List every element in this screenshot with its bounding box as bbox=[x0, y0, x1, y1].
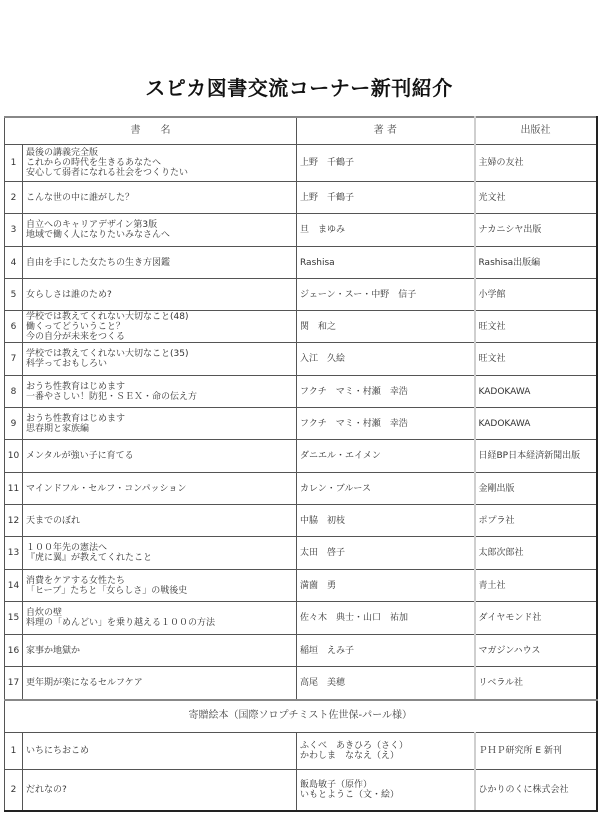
row-number: 16 bbox=[5, 635, 23, 667]
book-title-line: これからの時代を生きるあなたへ bbox=[26, 158, 293, 168]
book-author: フクチ マミ・村瀬 幸浩 bbox=[297, 408, 475, 440]
book-title: 学校では教えてくれない大切なこと(48)働くってどういうこと？今の自分が未来をつ… bbox=[23, 311, 297, 343]
book-title-line: 更年期が楽になるセルフケア bbox=[26, 678, 293, 688]
header-author: 著 者 bbox=[297, 117, 475, 145]
book-title: いちにちおこめ bbox=[23, 732, 297, 769]
book-author: 中脇 初枝 bbox=[297, 505, 475, 537]
row-number: 1 bbox=[5, 145, 23, 182]
book-publisher: ダイヤモンド社 bbox=[475, 602, 597, 635]
book-author-line: 旦 まゆみ bbox=[300, 225, 471, 235]
book-title-line: 『虎に翼』が教えてくれたこと bbox=[26, 553, 293, 563]
table-row: 10メンタルが強い子に育てるダニエル・エイメン日経BP日本経済新聞出版 bbox=[5, 440, 597, 473]
book-title-line: 最後の講義完全版 bbox=[26, 148, 293, 158]
book-author: ジェーン・スー・中野 信子 bbox=[297, 279, 475, 311]
book-author-line: カレン・ブルース bbox=[300, 484, 471, 494]
book-author-line: Rashisa bbox=[300, 258, 471, 268]
book-title-line: 自由を手にした女たちの生き方図鑑 bbox=[26, 258, 293, 268]
book-author-line: 上野 千鶴子 bbox=[300, 158, 471, 168]
book-title-line: 地域で働く人になりたいみなさんへ bbox=[26, 230, 293, 240]
table-header-row: 書 名 著 者 出版社 bbox=[5, 117, 597, 145]
book-title: 家事か地獄か bbox=[23, 635, 297, 667]
book-publisher: 主婦の友社 bbox=[475, 145, 597, 182]
book-title-line: 一番やさしい！防犯・ＳＥＸ・命の伝え方 bbox=[26, 392, 293, 402]
book-title: マインドフル・セルフ・コンパッション bbox=[23, 473, 297, 505]
book-author-line: 満薗 勇 bbox=[300, 581, 471, 591]
table-row: 3自立へのキャリアデザイン第3版地域で働く人になりたいみなさんへ旦 まゆみナカニ… bbox=[5, 214, 597, 247]
book-title-line: いちにちおこめ bbox=[26, 746, 293, 756]
book-title: 自炊の壁料理の「めんどい」を乗り越える１００の方法 bbox=[23, 602, 297, 635]
book-author: 飯島敏子（原作）いもとようこ（文・絵） bbox=[297, 769, 475, 811]
book-author: ふくべ あきひろ（さく）かわしま ななえ（え） bbox=[297, 732, 475, 769]
book-title-line: 自立へのキャリアデザイン第3版 bbox=[26, 220, 293, 230]
table-row: 1最後の講義完全版これからの時代を生きるあなたへ安心して弱者になれる社会をつくり… bbox=[5, 145, 597, 182]
table-row: 13１００年先の憲法へ『虎に翼』が教えてくれたこと太田 啓子太郎次郎社 bbox=[5, 537, 597, 570]
table-row: 11マインドフル・セルフ・コンパッションカレン・ブルース金剛出版 bbox=[5, 473, 597, 505]
table-row: 15自炊の壁料理の「めんどい」を乗り越える１００の方法佐々木 典士・山口 祐加ダ… bbox=[5, 602, 597, 635]
book-title-line: おうち性教育はじめます bbox=[26, 382, 293, 392]
book-author-line: ダニエル・エイメン bbox=[300, 451, 471, 461]
row-number: 4 bbox=[5, 247, 23, 279]
page-title: スピカ図書交流コーナー新刊紹介 bbox=[0, 72, 598, 101]
book-title: おうち性教育はじめます一番やさしい！防犯・ＳＥＸ・命の伝え方 bbox=[23, 376, 297, 408]
row-number: 9 bbox=[5, 408, 23, 440]
book-title: 自由を手にした女たちの生き方図鑑 bbox=[23, 247, 297, 279]
table-row: 2こんな世の中に誰がした？上野 千鶴子光文社 bbox=[5, 182, 597, 214]
book-author: 関 和之 bbox=[297, 311, 475, 343]
book-publisher: 金剛出版 bbox=[475, 473, 597, 505]
book-title-line: 料理の「めんどい」を乗り越える１００の方法 bbox=[26, 618, 293, 628]
book-title-line: 学校では教えてくれない大切なこと(35) bbox=[26, 349, 293, 359]
book-publisher: ＰＨＰ研究所 E 新刊 bbox=[475, 732, 597, 769]
book-title-line: 科学っておもしろい bbox=[26, 359, 293, 369]
row-number: 13 bbox=[5, 537, 23, 570]
book-publisher: ひかりのくに株式会社 bbox=[475, 769, 597, 811]
book-publisher: 太郎次郎社 bbox=[475, 537, 597, 570]
book-author-line: 太田 啓子 bbox=[300, 548, 471, 558]
book-author-line: 高尾 美穂 bbox=[300, 678, 471, 688]
book-author-line: 上野 千鶴子 bbox=[300, 193, 471, 203]
book-author-line: ジェーン・スー・中野 信子 bbox=[300, 290, 471, 300]
book-publisher: リベラル社 bbox=[475, 667, 597, 700]
table-row: 4自由を手にした女たちの生き方図鑑RashisaRashisa出版編 bbox=[5, 247, 597, 279]
book-publisher: KADOKAWA bbox=[475, 408, 597, 440]
row-number: 6 bbox=[5, 311, 23, 343]
book-author: 入江 久絵 bbox=[297, 343, 475, 376]
table-row: 9おうち性教育はじめます思春期と家族編フクチ マミ・村瀬 幸浩KADOKAWA bbox=[5, 408, 597, 440]
book-author: カレン・ブルース bbox=[297, 473, 475, 505]
table-row: 5女らしさは誰のため?ジェーン・スー・中野 信子小学館 bbox=[5, 279, 597, 311]
table-row: 17更年期が楽になるセルフケア高尾 美穂リベラル社 bbox=[5, 667, 597, 700]
book-author-line: 中脇 初枝 bbox=[300, 516, 471, 526]
book-author-line: 佐々木 典士・山口 祐加 bbox=[300, 613, 471, 623]
book-author: ダニエル・エイメン bbox=[297, 440, 475, 473]
header-title: 書 名 bbox=[5, 117, 297, 145]
book-publisher: 日経BP日本経済新聞出版 bbox=[475, 440, 597, 473]
book-publisher: ナカニシヤ出版 bbox=[475, 214, 597, 247]
book-author-line: 関 和之 bbox=[300, 322, 471, 332]
book-author: フクチ マミ・村瀬 幸浩 bbox=[297, 376, 475, 408]
book-publisher: ポプラ社 bbox=[475, 505, 597, 537]
donation-section-heading-row: 寄贈絵本（国際ソロプチミスト佐世保-パール様） bbox=[5, 700, 597, 733]
header-publisher: 出版社 bbox=[475, 117, 597, 145]
row-number: 5 bbox=[5, 279, 23, 311]
row-number: 2 bbox=[5, 769, 23, 811]
book-publisher: Rashisa出版編 bbox=[475, 247, 597, 279]
book-title: 天までのぼれ bbox=[23, 505, 297, 537]
row-number: 14 bbox=[5, 570, 23, 602]
book-publisher: 旺文社 bbox=[475, 343, 597, 376]
book-title: 女らしさは誰のため? bbox=[23, 279, 297, 311]
book-title-line: こんな世の中に誰がした？ bbox=[26, 193, 293, 203]
book-title: だれなの? bbox=[23, 769, 297, 811]
book-author: 佐々木 典士・山口 祐加 bbox=[297, 602, 475, 635]
row-number: 12 bbox=[5, 505, 23, 537]
book-title: 学校では教えてくれない大切なこと(35)科学っておもしろい bbox=[23, 343, 297, 376]
book-title-line: おうち性教育はじめます bbox=[26, 414, 293, 424]
book-title: 最後の講義完全版これからの時代を生きるあなたへ安心して弱者になれる社会をつくりた… bbox=[23, 145, 297, 182]
row-number: 17 bbox=[5, 667, 23, 700]
book-author: 上野 千鶴子 bbox=[297, 145, 475, 182]
book-author-line: 稲垣 えみ子 bbox=[300, 646, 471, 656]
book-author-line: 入江 久絵 bbox=[300, 354, 471, 364]
book-title-line: 「ヒーブ」たちと「女らしさ」の戦後史 bbox=[26, 586, 293, 596]
book-title-line: 今の自分が未来をつくる bbox=[26, 332, 293, 342]
table-row: 7学校では教えてくれない大切なこと(35)科学っておもしろい入江 久絵旺文社 bbox=[5, 343, 597, 376]
book-title-line: 天までのぼれ bbox=[26, 516, 293, 526]
book-title-line: 学校では教えてくれない大切なこと(48) bbox=[26, 312, 293, 322]
book-title-line: 自炊の壁 bbox=[26, 608, 293, 618]
book-title-line: 思春期と家族編 bbox=[26, 424, 293, 434]
book-title: 更年期が楽になるセルフケア bbox=[23, 667, 297, 700]
table-row: 2だれなの?飯島敏子（原作）いもとようこ（文・絵）ひかりのくに株式会社 bbox=[5, 769, 597, 811]
row-number: 3 bbox=[5, 214, 23, 247]
book-title: １００年先の憲法へ『虎に翼』が教えてくれたこと bbox=[23, 537, 297, 570]
book-title-line: だれなの? bbox=[26, 785, 293, 795]
book-publisher: マガジンハウス bbox=[475, 635, 597, 667]
book-title: 自立へのキャリアデザイン第3版地域で働く人になりたいみなさんへ bbox=[23, 214, 297, 247]
book-title-line: 働くってどういうこと？ bbox=[26, 322, 293, 332]
row-number: 2 bbox=[5, 182, 23, 214]
book-title: おうち性教育はじめます思春期と家族編 bbox=[23, 408, 297, 440]
book-author: 旦 まゆみ bbox=[297, 214, 475, 247]
book-author-line: 飯島敏子（原作） bbox=[300, 780, 471, 790]
book-author-line: フクチ マミ・村瀬 幸浩 bbox=[300, 419, 471, 429]
book-title: こんな世の中に誰がした？ bbox=[23, 182, 297, 214]
book-title-line: １００年先の憲法へ bbox=[26, 543, 293, 553]
book-title: 消費をケアする女性たち「ヒーブ」たちと「女らしさ」の戦後史 bbox=[23, 570, 297, 602]
row-number: 8 bbox=[5, 376, 23, 408]
book-publisher: 小学館 bbox=[475, 279, 597, 311]
row-number: 7 bbox=[5, 343, 23, 376]
table-row: 12天までのぼれ中脇 初枝ポプラ社 bbox=[5, 505, 597, 537]
donation-body: 寄贈絵本（国際ソロプチミスト佐世保-パール様） 1いちにちおこめふくべ あきひろ… bbox=[5, 700, 597, 812]
donation-section-heading: 寄贈絵本（国際ソロプチミスト佐世保-パール様） bbox=[5, 700, 597, 733]
book-author-line: ふくべ あきひろ（さく） bbox=[300, 741, 471, 751]
book-author-line: フクチ マミ・村瀬 幸浩 bbox=[300, 387, 471, 397]
table-row: 6学校では教えてくれない大切なこと(48)働くってどういうこと？今の自分が未来を… bbox=[5, 311, 597, 343]
book-author: 満薗 勇 bbox=[297, 570, 475, 602]
book-author: Rashisa bbox=[297, 247, 475, 279]
book-publisher: 青土社 bbox=[475, 570, 597, 602]
book-title-line: マインドフル・セルフ・コンパッション bbox=[26, 484, 293, 494]
book-publisher: 旺文社 bbox=[475, 311, 597, 343]
row-number: 10 bbox=[5, 440, 23, 473]
new-books-table: 書 名 著 者 出版社 1最後の講義完全版これからの時代を生きるあなたへ安心して… bbox=[4, 116, 598, 812]
book-author: 高尾 美穂 bbox=[297, 667, 475, 700]
book-title-line: 消費をケアする女性たち bbox=[26, 576, 293, 586]
book-title-line: 女らしさは誰のため? bbox=[26, 290, 293, 300]
table-row: 1いちにちおこめふくべ あきひろ（さく）かわしま ななえ（え）ＰＨＰ研究所 E … bbox=[5, 732, 597, 769]
book-title: メンタルが強い子に育てる bbox=[23, 440, 297, 473]
book-title-line: 安心して弱者になれる社会をつくりたい bbox=[26, 168, 293, 178]
book-author: 太田 啓子 bbox=[297, 537, 475, 570]
table-row: 16家事か地獄か稲垣 えみ子マガジンハウス bbox=[5, 635, 597, 667]
row-number: 11 bbox=[5, 473, 23, 505]
book-author-line: かわしま ななえ（え） bbox=[300, 751, 471, 761]
book-title-line: 家事か地獄か bbox=[26, 646, 293, 656]
book-publisher: 光文社 bbox=[475, 182, 597, 214]
table-row: 14消費をケアする女性たち「ヒーブ」たちと「女らしさ」の戦後史満薗 勇青土社 bbox=[5, 570, 597, 602]
books-body: 1最後の講義完全版これからの時代を生きるあなたへ安心して弱者になれる社会をつくり… bbox=[5, 145, 597, 700]
book-title-line: メンタルが強い子に育てる bbox=[26, 451, 293, 461]
book-author-line: いもとようこ（文・絵） bbox=[300, 790, 471, 800]
book-author: 稲垣 えみ子 bbox=[297, 635, 475, 667]
book-publisher: KADOKAWA bbox=[475, 376, 597, 408]
table-row: 8おうち性教育はじめます一番やさしい！防犯・ＳＥＸ・命の伝え方フクチ マミ・村瀬… bbox=[5, 376, 597, 408]
book-author: 上野 千鶴子 bbox=[297, 182, 475, 214]
row-number: 1 bbox=[5, 732, 23, 769]
row-number: 15 bbox=[5, 602, 23, 635]
